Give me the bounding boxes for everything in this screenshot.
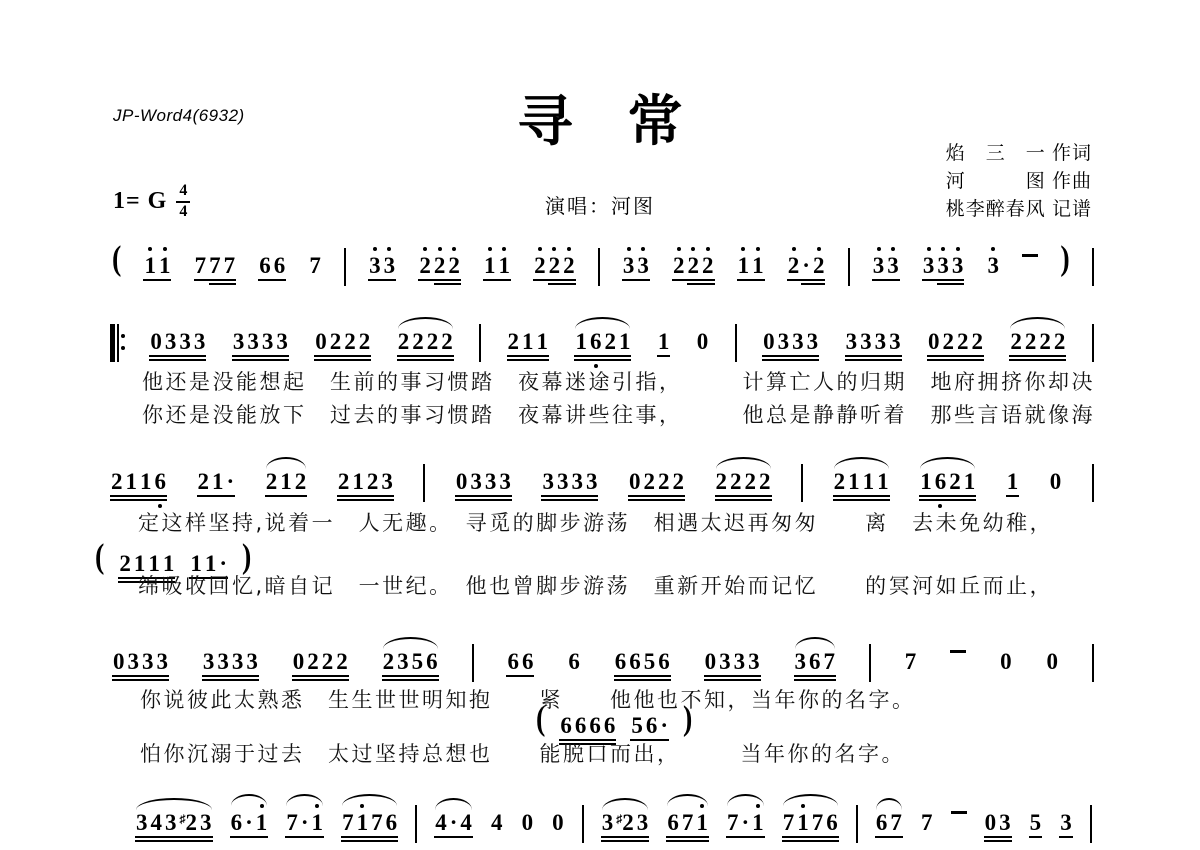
note-group: 6656 bbox=[614, 650, 671, 673]
note: 2 bbox=[198, 470, 210, 493]
note-group: 3♯23 bbox=[601, 811, 650, 834]
note-group: 7 bbox=[920, 811, 934, 834]
note: 3 bbox=[194, 330, 206, 353]
note: 2 bbox=[563, 254, 575, 277]
octave-dot-high bbox=[360, 804, 364, 808]
beam-line-partial bbox=[937, 283, 964, 285]
note-group: 671 bbox=[666, 811, 709, 834]
lyrics-row: 绵吸收回忆,暗自记 一世纪。 他也曾脚步游荡 重新开始而记忆 的冥河如丘而止， bbox=[138, 570, 1053, 600]
beam-line bbox=[1059, 836, 1073, 838]
note: 3 bbox=[142, 650, 154, 673]
note: 3 bbox=[557, 470, 569, 493]
beam-line bbox=[533, 279, 576, 281]
note: 1 bbox=[752, 811, 764, 834]
tie-arc bbox=[136, 798, 212, 810]
note: 2 bbox=[383, 650, 395, 673]
barline bbox=[1092, 464, 1094, 502]
barline bbox=[801, 464, 803, 502]
beam-line bbox=[614, 675, 671, 677]
note: 0 bbox=[1050, 470, 1062, 493]
note: 7 bbox=[727, 811, 739, 834]
note-group: 222 bbox=[533, 254, 576, 277]
note: 6 bbox=[658, 650, 670, 673]
note-group: 7·1 bbox=[285, 811, 324, 834]
note: 5 bbox=[631, 714, 643, 737]
beam-line bbox=[110, 495, 167, 497]
note: 2 bbox=[336, 650, 348, 673]
note-group: 0333 bbox=[112, 650, 169, 673]
note: 0 bbox=[113, 650, 125, 673]
beam-line bbox=[483, 279, 511, 281]
beam-line bbox=[601, 840, 650, 842]
beam-line bbox=[382, 679, 439, 681]
barline bbox=[848, 248, 850, 286]
note-group: 2222 bbox=[1009, 330, 1066, 353]
note: 1 bbox=[352, 470, 364, 493]
note: 2 bbox=[788, 254, 800, 277]
note-group: 0333 bbox=[149, 330, 206, 353]
note-group: 1621 bbox=[574, 330, 631, 353]
note: 7 bbox=[209, 254, 221, 277]
note: 3 bbox=[778, 330, 790, 353]
beam-line bbox=[135, 836, 213, 838]
note: 2 bbox=[441, 330, 453, 353]
beam-line bbox=[341, 840, 398, 842]
beam-line bbox=[762, 355, 819, 357]
note: 3 bbox=[246, 650, 258, 673]
note: 3 bbox=[499, 470, 511, 493]
beam-line bbox=[872, 279, 900, 281]
beam-line-partial bbox=[209, 283, 236, 285]
beam-line bbox=[1009, 359, 1066, 361]
note: 3 bbox=[128, 650, 140, 673]
note: 6 bbox=[826, 811, 838, 834]
note: 1 bbox=[144, 254, 156, 277]
note: 0 bbox=[928, 330, 940, 353]
note: 6 bbox=[629, 650, 641, 673]
note: 2 bbox=[398, 330, 410, 353]
note: 2 bbox=[644, 470, 656, 493]
barline bbox=[582, 805, 584, 843]
tie-arc bbox=[920, 457, 975, 469]
note: 7 bbox=[812, 811, 824, 834]
octave-dot-high bbox=[373, 247, 377, 251]
tie-arc bbox=[716, 457, 771, 469]
note: 3 bbox=[988, 254, 1000, 277]
tie-arc bbox=[266, 457, 307, 469]
note: 7 bbox=[309, 254, 321, 277]
note-group: 0 bbox=[1049, 470, 1063, 493]
note: 2 bbox=[759, 470, 771, 493]
tie-arc bbox=[342, 794, 397, 806]
note-group: 222 bbox=[672, 254, 715, 277]
octave-dot-high bbox=[792, 247, 796, 251]
duration-dash bbox=[951, 811, 967, 815]
beam-line bbox=[194, 279, 237, 281]
note: 6 bbox=[935, 470, 947, 493]
note: 7 bbox=[224, 254, 236, 277]
note-group: 7176 bbox=[341, 811, 398, 834]
beam-line bbox=[455, 499, 512, 501]
note: 0 bbox=[150, 330, 162, 353]
beam-line bbox=[622, 279, 650, 281]
note: ♯2 bbox=[616, 811, 634, 834]
beam-line bbox=[202, 679, 259, 681]
note-group: 4 bbox=[490, 811, 504, 834]
music-line-outro: 343♯236·17·171764·44003♯236717·171766770… bbox=[135, 800, 1092, 834]
note: 6 bbox=[274, 254, 286, 277]
note: 6 bbox=[590, 330, 602, 353]
tie-arc bbox=[1010, 317, 1065, 329]
note: 7 bbox=[195, 254, 207, 277]
beam-line bbox=[337, 499, 394, 501]
note: 2 bbox=[508, 330, 520, 353]
note: 6 bbox=[615, 650, 627, 673]
tie-arc bbox=[876, 798, 902, 810]
note: 2 bbox=[344, 330, 356, 353]
barline bbox=[344, 248, 346, 286]
note-group: 7176 bbox=[782, 811, 839, 834]
note-group: 2222 bbox=[397, 330, 454, 353]
beam-line bbox=[737, 279, 765, 281]
note-group: 66 bbox=[506, 650, 534, 673]
beam-line bbox=[265, 495, 308, 497]
beam-line bbox=[337, 495, 394, 497]
note: 3 bbox=[923, 254, 935, 277]
note: 3 bbox=[233, 330, 245, 353]
beam-line bbox=[845, 355, 902, 357]
note-group: 367 bbox=[794, 650, 837, 673]
beam-line bbox=[574, 355, 631, 357]
beam-line bbox=[112, 679, 169, 681]
octave-dot-high bbox=[315, 804, 319, 808]
beam-line bbox=[232, 355, 289, 357]
duration-dash bbox=[1022, 254, 1038, 258]
note: 0 bbox=[1046, 650, 1058, 673]
note: 2 bbox=[658, 470, 670, 493]
repeat-dot bbox=[121, 334, 125, 338]
note: 3 bbox=[623, 254, 635, 277]
note: 3 bbox=[276, 330, 288, 353]
parenthesis: ( bbox=[112, 242, 121, 277]
beam-line-partial bbox=[801, 283, 826, 285]
note: 7 bbox=[783, 811, 795, 834]
note-group: 6·1 bbox=[230, 811, 269, 834]
note: 2 bbox=[730, 470, 742, 493]
note: 0 bbox=[552, 811, 564, 834]
octave-dot-high bbox=[956, 247, 960, 251]
note: 3 bbox=[937, 254, 949, 277]
note: 3 bbox=[734, 650, 746, 673]
note: 0 bbox=[763, 330, 775, 353]
note: 2 bbox=[534, 254, 546, 277]
note-group: 7·1 bbox=[726, 811, 765, 834]
note: 6 bbox=[604, 714, 616, 737]
note: 6 bbox=[876, 811, 888, 834]
note: 0 bbox=[522, 811, 534, 834]
augmentation-dot: · bbox=[301, 811, 309, 834]
note: 3 bbox=[887, 254, 899, 277]
note: 1 bbox=[797, 811, 809, 834]
note: 1 bbox=[619, 330, 631, 353]
note-group: 0222 bbox=[292, 650, 349, 673]
beam-line bbox=[666, 836, 709, 838]
note: 2 bbox=[1010, 330, 1022, 353]
note: 1 bbox=[159, 254, 171, 277]
note-group: 21· bbox=[197, 470, 236, 493]
beam-line bbox=[341, 836, 398, 838]
octave-dot-high bbox=[817, 247, 821, 251]
note-group: 211 bbox=[507, 330, 550, 353]
note: 3 bbox=[470, 470, 482, 493]
note: 3 bbox=[719, 650, 731, 673]
octave-dot-high bbox=[801, 804, 805, 808]
note-group: 3333 bbox=[202, 650, 259, 673]
barline bbox=[1092, 248, 1094, 286]
tie-arc bbox=[602, 798, 649, 810]
beam-line bbox=[715, 499, 772, 501]
beam-line bbox=[382, 675, 439, 677]
beam-line bbox=[845, 359, 902, 361]
note-group: 0333 bbox=[704, 650, 761, 673]
beam-line bbox=[927, 355, 984, 357]
note: 3 bbox=[165, 811, 177, 834]
beam-line bbox=[927, 359, 984, 361]
beam-line bbox=[202, 675, 259, 677]
octave-dot-high bbox=[387, 247, 391, 251]
beam-line bbox=[285, 836, 324, 838]
note: 2 bbox=[412, 330, 424, 353]
beam-line bbox=[258, 279, 286, 281]
note: 2 bbox=[702, 254, 714, 277]
note: 3 bbox=[875, 330, 887, 353]
octave-dot-high bbox=[756, 804, 760, 808]
note: 3 bbox=[247, 330, 259, 353]
music-line-intro: (11777667332221122233222112·2333333) bbox=[112, 243, 1094, 277]
note: 4 bbox=[151, 811, 163, 834]
beam-line bbox=[292, 675, 349, 677]
note: 6 bbox=[231, 811, 243, 834]
note: 2 bbox=[338, 470, 350, 493]
note: 1 bbox=[738, 254, 750, 277]
note-group: 5 bbox=[1029, 811, 1043, 834]
music-line-verse2: 211621·212212303333333022222222111162110 bbox=[110, 459, 1094, 493]
beam-line bbox=[230, 836, 269, 838]
note: 7 bbox=[824, 650, 836, 673]
note: 7 bbox=[905, 650, 917, 673]
note-group: 6666 bbox=[559, 714, 616, 737]
beam-line bbox=[292, 679, 349, 681]
tie-arc bbox=[435, 798, 472, 810]
note: 6 bbox=[589, 714, 601, 737]
augmentation-dot: · bbox=[450, 811, 458, 834]
octave-dot-high bbox=[641, 247, 645, 251]
note: ♯2 bbox=[180, 811, 198, 834]
octave-dot-high bbox=[552, 247, 556, 251]
note: 6 bbox=[155, 470, 167, 493]
note-group: 03 bbox=[984, 811, 1012, 834]
note-group: 777 bbox=[194, 254, 237, 277]
beam-line bbox=[541, 499, 598, 501]
note: 2 bbox=[419, 254, 431, 277]
beam-line bbox=[112, 675, 169, 677]
note-group: 333 bbox=[922, 254, 965, 277]
beam-line bbox=[368, 279, 396, 281]
note-group: 33 bbox=[872, 254, 900, 277]
lyrics-row: 怕你沉溺于过去 太过坚持总想也 能脱口而出， 当年你的名字。 bbox=[140, 738, 905, 768]
note: 6 bbox=[667, 811, 679, 834]
note-group: 2111 bbox=[833, 470, 890, 493]
note: 6 bbox=[646, 714, 658, 737]
note: 1 bbox=[126, 470, 138, 493]
note-group: 0333 bbox=[762, 330, 819, 353]
note: 3 bbox=[795, 650, 807, 673]
note: 2 bbox=[448, 254, 460, 277]
note: 6 bbox=[426, 650, 438, 673]
note: 7 bbox=[682, 811, 694, 834]
note: 2 bbox=[266, 470, 278, 493]
tie-arc bbox=[575, 317, 630, 329]
octave-dot-high bbox=[627, 247, 631, 251]
beam-line bbox=[397, 355, 454, 357]
octave-dot-high bbox=[677, 247, 681, 251]
beam-line bbox=[197, 495, 236, 497]
note: 1 bbox=[212, 470, 224, 493]
note: 6 bbox=[386, 811, 398, 834]
note: 2 bbox=[813, 254, 825, 277]
note: 1 bbox=[1007, 470, 1019, 493]
note: 2 bbox=[673, 470, 685, 493]
note-group: 66 bbox=[258, 254, 286, 277]
barline bbox=[1092, 324, 1094, 362]
note: 3 bbox=[952, 254, 964, 277]
note-group: 0222 bbox=[628, 470, 685, 493]
beam-line bbox=[726, 836, 765, 838]
octave-dot-high bbox=[706, 247, 710, 251]
octave-dot-high bbox=[260, 804, 264, 808]
note: 1 bbox=[848, 470, 860, 493]
lyrics-row: 他还是没能想起 生前的事习惯踏 夜幕迷途引指， 计算亡人的归期 地府拥挤你却决 bbox=[142, 366, 1095, 396]
note: 0 bbox=[293, 650, 305, 673]
note: 6 bbox=[809, 650, 821, 673]
note: 0 bbox=[697, 330, 709, 353]
note: 7 bbox=[890, 811, 902, 834]
note: 0 bbox=[629, 470, 641, 493]
beam-line bbox=[922, 279, 965, 281]
note: 3 bbox=[369, 254, 381, 277]
repeat-dot bbox=[121, 346, 125, 350]
note: 2 bbox=[688, 254, 700, 277]
beam-line bbox=[704, 675, 761, 677]
beam-line bbox=[418, 279, 461, 281]
sharp-sign: ♯ bbox=[616, 812, 622, 826]
beam-line bbox=[541, 495, 598, 497]
beam-line bbox=[794, 679, 837, 681]
note: 6 bbox=[575, 714, 587, 737]
note: 3 bbox=[586, 470, 598, 493]
note: 4 bbox=[460, 811, 472, 834]
note: 2 bbox=[942, 330, 954, 353]
note: 1 bbox=[256, 811, 268, 834]
barline bbox=[856, 805, 858, 843]
note: 1 bbox=[575, 330, 587, 353]
note-group: 212 bbox=[265, 470, 308, 493]
note: 2 bbox=[1039, 330, 1051, 353]
barline bbox=[472, 644, 474, 682]
note: 2 bbox=[834, 470, 846, 493]
octave-dot-high bbox=[423, 247, 427, 251]
note: 2 bbox=[673, 254, 685, 277]
note-group: 0 bbox=[1045, 650, 1059, 673]
note-group: 11 bbox=[483, 254, 511, 277]
note-group: 7 bbox=[308, 254, 322, 277]
octave-dot-high bbox=[452, 247, 456, 251]
beam-line bbox=[919, 495, 976, 497]
note-group: 0222 bbox=[927, 330, 984, 353]
note-group: 3 bbox=[1059, 811, 1073, 834]
note-group: 2·2 bbox=[787, 254, 826, 277]
note: 2 bbox=[549, 254, 561, 277]
note: 2 bbox=[971, 330, 983, 353]
note-group: 0333 bbox=[455, 470, 512, 493]
barline bbox=[479, 324, 481, 362]
note: 3 bbox=[485, 470, 497, 493]
note: 2 bbox=[604, 330, 616, 353]
note-group: 0 bbox=[999, 650, 1013, 673]
note-group: 0 bbox=[696, 330, 710, 353]
note: 4 bbox=[491, 811, 503, 834]
beam-line bbox=[143, 279, 171, 281]
note: 3 bbox=[1060, 811, 1072, 834]
octave-dot-high bbox=[991, 247, 995, 251]
note: 3 bbox=[179, 330, 191, 353]
note: 3 bbox=[136, 811, 148, 834]
augmentation-dot: · bbox=[245, 811, 253, 834]
note: 2 bbox=[1054, 330, 1066, 353]
note: 6 bbox=[259, 254, 271, 277]
note: 3 bbox=[889, 330, 901, 353]
barline bbox=[415, 805, 417, 843]
note-group: 2123 bbox=[337, 470, 394, 493]
parenthesis: ( bbox=[95, 540, 104, 575]
beam-line bbox=[1006, 495, 1020, 497]
tie-arc bbox=[795, 637, 836, 649]
octave-dot-high bbox=[502, 247, 506, 251]
note: 1 bbox=[484, 254, 496, 277]
note-group: 1621 bbox=[919, 470, 976, 493]
octave-dot-high bbox=[927, 247, 931, 251]
note: 1 bbox=[877, 470, 889, 493]
beam-line bbox=[507, 355, 550, 357]
note: 2 bbox=[745, 470, 757, 493]
note-group: 1 bbox=[1006, 470, 1020, 493]
lyrics-row: 你还是没能放下 过去的事习惯踏 夜幕讲些往事， 他总是静静听着 那些言语就像海 bbox=[142, 399, 1095, 429]
note: 3 bbox=[200, 811, 212, 834]
note: 6 bbox=[568, 650, 580, 673]
note: 3 bbox=[637, 811, 649, 834]
credit-lyricist: 焰 三 一 作词 bbox=[946, 140, 1092, 168]
beam-line bbox=[794, 675, 837, 677]
beam-line bbox=[314, 359, 371, 361]
note: 1 bbox=[658, 330, 670, 353]
note: 0 bbox=[1000, 650, 1012, 673]
note: 0 bbox=[456, 470, 468, 493]
note: 6 bbox=[507, 650, 519, 673]
note: 2 bbox=[295, 470, 307, 493]
note: 2 bbox=[330, 330, 342, 353]
note-group: 33 bbox=[622, 254, 650, 277]
beam-line-partial bbox=[548, 283, 575, 285]
